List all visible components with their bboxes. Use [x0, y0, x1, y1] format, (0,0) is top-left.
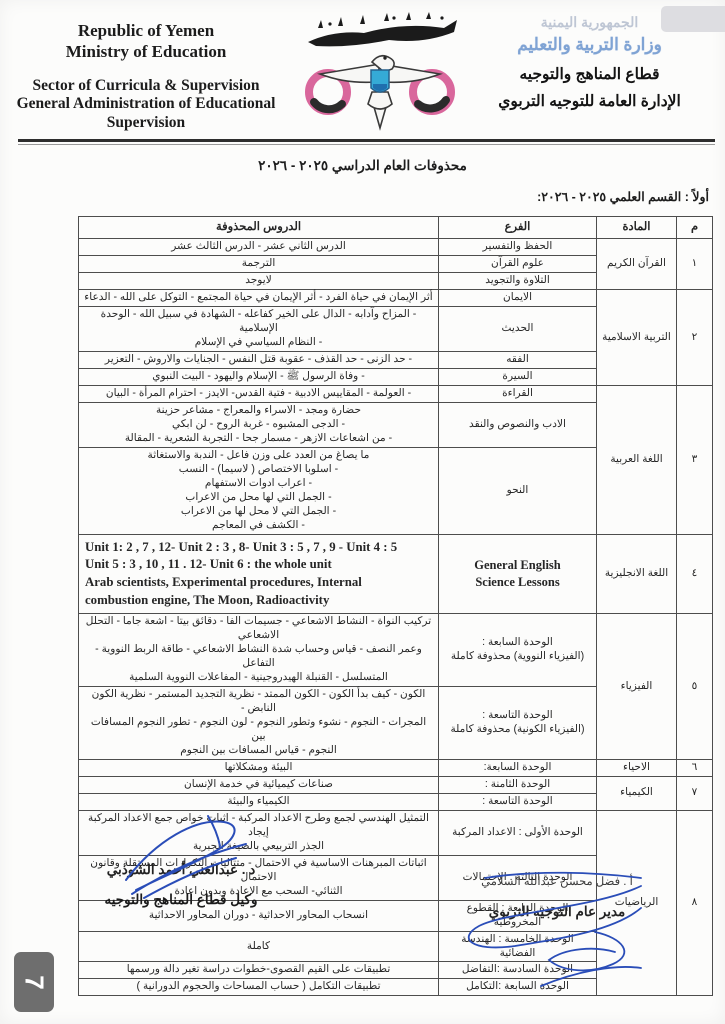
scanned-document-page: Republic of Yemen Ministry of Education …	[0, 0, 725, 1024]
table-row: ٣اللغة العربيةالقراءة- العولمة - المقايي…	[79, 385, 713, 402]
emblem-block	[292, 12, 468, 140]
branch-cell: الوحدة التاسعة :	[439, 793, 597, 810]
branch-cell: الوحدة الخامسة : الهندسة الفضائية	[439, 931, 597, 962]
branch-cell: الفقه	[439, 351, 597, 368]
lessons-cell: صناعات كيميائية في خدمة الإنسان	[79, 776, 439, 793]
table-row: ٧الكيمياءالوحدة الثامنة :صناعات كيميائية…	[79, 776, 713, 793]
branch-cell: التلاوة والتجويد	[439, 273, 597, 290]
lessons-cell: التمثيل الهندسي لجمع وطرح الاعداد المركب…	[79, 810, 439, 855]
table-row: ٦الاحياءالوحدة السابعة:البيئة ومشكلاتها	[79, 759, 713, 776]
header-ar-admin: الإدارة العامة للتوجيه التربوي	[468, 92, 711, 111]
branch-cell: General English Science Lessons	[439, 534, 597, 614]
header-en-admin-2: Supervision	[0, 114, 292, 133]
table-row: ٥الفيزياءالوحدة السابعة : (الفيزياء النو…	[79, 614, 713, 687]
signature-block-deputy: د . عبدالغني أحمد الشوذبي وكيل قطاع المن…	[66, 862, 296, 908]
col-header-num: م	[677, 217, 713, 239]
header-en-admin-1: General Administration of Educational	[0, 95, 292, 114]
branch-cell: الوحدة السابعة :التكامل	[439, 979, 597, 996]
header-ar-ministry: وزارة التربية والتعليم	[468, 35, 711, 55]
branch-cell: الوحدة السابعة : (الفيزياء النووية) محذو…	[439, 614, 597, 687]
lessons-cell: حضارة ومجد - الاسراء والمعراج - مشاعر حز…	[79, 402, 439, 447]
lessons-cell: - حد الزنى - حد القذف - عقوبة قتل النفس …	[79, 351, 439, 368]
deputy-title: وكيل قطاع المناهج والتوجيه	[66, 892, 296, 908]
branch-cell: الحفظ والتفسير	[439, 239, 597, 256]
header-divider	[18, 139, 715, 145]
header-arabic-block: الجمهورية اليمنية وزارة التربية والتعليم…	[468, 12, 725, 140]
branch-cell: السيرة	[439, 368, 597, 385]
branch-cell: الوحدة الثامنة :	[439, 776, 597, 793]
page-number: 7	[19, 975, 50, 989]
table-row: ٢التربية الاسلاميةالايمانأثر الإيمان في …	[79, 290, 713, 307]
branch-cell: الوحدة الأولى : الاعداد المركبة	[439, 810, 597, 855]
branch-cell: الوحدة السادسة :التفاضل	[439, 962, 597, 979]
branch-cell: الادب والنصوص والنقد	[439, 402, 597, 447]
deputy-name: د . عبدالغني أحمد الشوذبي	[66, 862, 296, 878]
branch-cell: الوحدة التاسعة : (الفيزياء الكونية) محذو…	[439, 687, 597, 760]
branch-cell: النحو	[439, 447, 597, 534]
lessons-cell: الكون - كيف بدأ الكون - الكون الممتد - ن…	[79, 687, 439, 760]
subject-cell: اللغة الانجليزية	[597, 534, 677, 614]
page-title: محذوفات العام الدراسي ٢٠٢٥ - ٢٠٢٦	[0, 158, 725, 174]
subject-cell: الاحياء	[597, 759, 677, 776]
table-row: ٤اللغة الانجليزيةGeneral English Science…	[79, 534, 713, 614]
table-row: ١القرآن الكريمالحفظ والتفسيرالدرس الثاني…	[79, 239, 713, 256]
director-title: مدير عام التوجيه التربوي	[437, 904, 677, 920]
header-english-block: Republic of Yemen Ministry of Education …	[0, 12, 292, 140]
subject-cell: الكيمياء	[597, 776, 677, 810]
col-header-lessons: الدروس المحذوفة	[79, 217, 439, 239]
document-header: Republic of Yemen Ministry of Education …	[0, 12, 725, 140]
row-number-cell: ٢	[677, 290, 713, 386]
bismillah-calligraphy	[308, 12, 457, 46]
table-row: ٨الرياضياتالوحدة الأولى : الاعداد المركب…	[79, 810, 713, 855]
lessons-cell: - المزاح وآدابه - الدال على الخير كفاعله…	[79, 307, 439, 352]
col-header-branch: الفرع	[439, 217, 597, 239]
branch-cell: الوحدة السابعة:	[439, 759, 597, 776]
lessons-cell: تطبيقات على القيم القصوى-خطوات دراسة تغي…	[79, 962, 439, 979]
signature-block-director: أ . فضل محسن عبدالله السلامي مدير عام ال…	[437, 874, 677, 920]
header-ar-sector: قطاع المناهج والتوجيه	[468, 65, 711, 84]
lessons-cell: تركيب النواة - النشاط الاشعاعي - جسيمات …	[79, 614, 439, 687]
table-header-row: م المادة الفرع الدروس المحذوفة	[79, 217, 713, 239]
subject-cell: الفيزياء	[597, 614, 677, 760]
director-name: أ . فضل محسن عبدالله السلامي	[437, 874, 677, 888]
lessons-cell: البيئة ومشكلاتها	[79, 759, 439, 776]
header-en-ministry: Ministry of Education	[0, 41, 292, 62]
lessons-cell: - العولمة - المقاييس الادبية - فتية القد…	[79, 385, 439, 402]
branch-cell: الحديث	[439, 307, 597, 352]
subject-cell: التربية الاسلامية	[597, 290, 677, 386]
header-en-sector: Sector of Curricula & Supervision	[0, 77, 292, 96]
row-number-cell: ٧	[677, 776, 713, 810]
row-number-cell: ٦	[677, 759, 713, 776]
subject-cell: اللغة العربية	[597, 385, 677, 534]
lessons-cell: أثر الإيمان في حياة الفرد - أثر الإيمان …	[79, 290, 439, 307]
branch-cell: علوم القرآن	[439, 256, 597, 273]
page-number-badge: 7	[14, 952, 54, 1012]
row-number-cell: ٥	[677, 614, 713, 760]
row-number-cell: ١	[677, 239, 713, 290]
branch-cell: القراءة	[439, 385, 597, 402]
lessons-cell: الترجمة	[79, 256, 439, 273]
subject-cell: القرآن الكريم	[597, 239, 677, 290]
lessons-cell: ما يصاغ من العدد على وزن فاعل - الندبة و…	[79, 447, 439, 534]
lessons-cell: لايوجد	[79, 273, 439, 290]
section-heading: أولاً : القسم العلمي ٢٠٢٥ - ٢٠٢٦:	[537, 189, 709, 204]
lessons-cell: - وفاة الرسول ﷺ - الإسلام واليهود - البي…	[79, 368, 439, 385]
row-number-cell: ٣	[677, 385, 713, 534]
lessons-cell: الدرس الثاني عشر - الدرس الثالث عشر	[79, 239, 439, 256]
lessons-cell: الكيمياء والبيئة	[79, 793, 439, 810]
yemen-emblem-icon	[294, 12, 466, 138]
header-en-country: Republic of Yemen	[0, 20, 292, 41]
lessons-cell: Unit 1: 2 , 7 , 12- Unit 2 : 3 , 8- Unit…	[79, 534, 439, 614]
col-header-subject: المادة	[597, 217, 677, 239]
lessons-cell: تطبيقات التكامل ( حساب المساحات والحجوم …	[79, 979, 439, 996]
header-ar-country: الجمهورية اليمنية	[468, 14, 711, 31]
branch-cell: الايمان	[439, 290, 597, 307]
lessons-cell: كاملة	[79, 931, 439, 962]
row-number-cell: ٤	[677, 534, 713, 614]
row-number-cell: ٨	[677, 810, 713, 996]
